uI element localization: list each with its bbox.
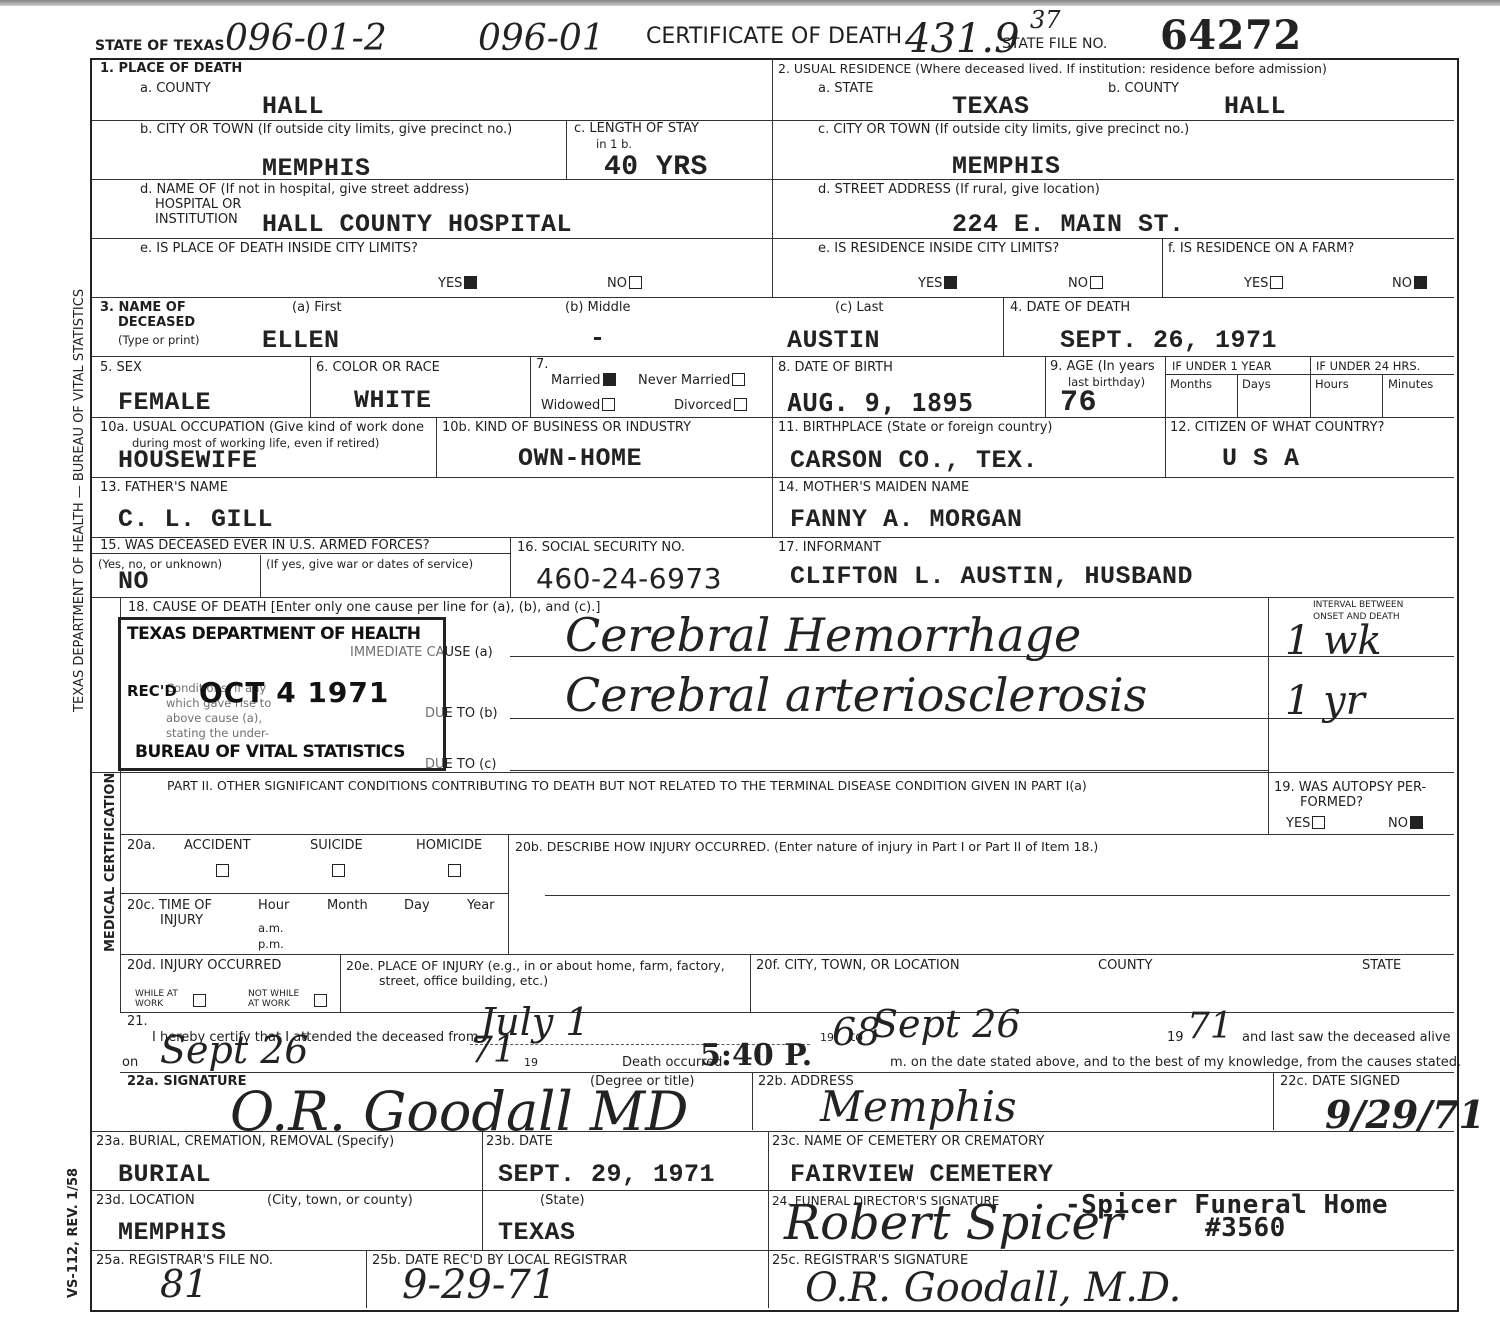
burial-type-value: BURIAL: [118, 1160, 211, 1189]
side-label-medical: MEDICAL CERTIFICATION: [103, 773, 118, 952]
suicide-label: SUICIDE: [310, 839, 363, 853]
divider: [366, 1250, 367, 1308]
at-work-checkbox[interactable]: [193, 994, 206, 1007]
pm-label: p.m.: [258, 937, 284, 951]
last-seen-date: Sept 26: [160, 1028, 309, 1072]
last-name-value: AUSTIN: [787, 326, 880, 355]
divider: [1268, 597, 1269, 772]
checkbox-unchecked: [734, 398, 747, 411]
death-inside-limits-no[interactable]: NO: [607, 277, 642, 291]
accident-checkbox[interactable]: [216, 864, 229, 877]
injury-occurred-label: 20d. INJURY OCCURRED: [127, 959, 281, 973]
divider: [92, 1250, 1454, 1251]
father-value: C. L. GILL: [118, 505, 273, 534]
immediate-cause-value: Cerebral Hemorrhage: [565, 608, 1081, 662]
months-label: Months: [1170, 377, 1212, 391]
divider: [120, 1012, 1454, 1013]
birthplace-label: 11. BIRTHPLACE (State or foreign country…: [778, 421, 1053, 435]
last-name-label: (c) Last: [835, 301, 884, 315]
time-of-injury-label-2: INJURY: [160, 914, 203, 928]
side-label-form-number: VS-112, REV. 1/58: [66, 1168, 81, 1298]
divider: [1162, 238, 1163, 297]
residence-label: 2. USUAL RESIDENCE (Where deceased lived…: [778, 62, 1327, 76]
never-married-option[interactable]: Never Married: [638, 374, 745, 388]
deceased-name-label: 3. NAME OF: [100, 301, 186, 315]
residence-state-label: a. STATE: [818, 82, 873, 96]
physician-address: Memphis: [820, 1082, 1017, 1131]
citizen-value: U S A: [1222, 444, 1300, 473]
cause-label: 18. CAUSE OF DEATH [Enter only one cause…: [128, 601, 600, 615]
accident-label: ACCIDENT: [184, 839, 251, 853]
sex-label: 5. SEX: [100, 361, 142, 375]
not-at-work-label-2: AT WORK: [248, 999, 290, 1009]
death-city-value: MEMPHIS: [262, 154, 371, 183]
certification-num: 21.: [127, 1015, 148, 1029]
burial-location-value: MEMPHIS: [118, 1218, 227, 1247]
divider: [120, 834, 1454, 835]
divider: [120, 954, 1454, 955]
widowed-option[interactable]: Widowed: [541, 399, 615, 413]
describe-injury-label: 20b. DESCRIBE HOW INJURY OCCURRED. (Ente…: [515, 840, 1098, 854]
checkbox-unchecked: [1270, 276, 1283, 289]
homicide-label: HOMICIDE: [416, 839, 482, 853]
dob-label: 8. DATE OF BIRTH: [778, 361, 893, 375]
burial-date-label: 23b. DATE: [486, 1135, 553, 1149]
informant-label: 17. INFORMANT: [778, 541, 881, 555]
farm-yes[interactable]: YES: [1244, 277, 1283, 291]
divider: [92, 417, 1454, 418]
place-of-injury-label-2: street, office building, etc.): [379, 974, 548, 988]
residence-inside-limits-label: e. IS RESIDENCE INSIDE CITY LIMITS?: [818, 242, 1059, 256]
state-file-label: STATE FILE NO.: [1002, 37, 1107, 51]
hospital-label: d. NAME OF (If not in hospital, give str…: [140, 183, 469, 197]
to-year-prefix: 19: [1167, 1031, 1184, 1045]
divider: [92, 772, 1454, 773]
divider: [772, 356, 773, 537]
divider: [510, 770, 1268, 771]
business-label: 10b. KIND OF BUSINESS OR INDUSTRY: [442, 421, 691, 435]
checkbox-checked: [1414, 276, 1427, 289]
divider: [1382, 374, 1383, 417]
under-year-label: IF UNDER 1 YEAR: [1172, 359, 1272, 373]
under-24-label: IF UNDER 24 HRS.: [1316, 359, 1420, 373]
business-value: OWN-HOME: [518, 444, 642, 473]
stamp-recd: REC'D: [127, 682, 177, 700]
autopsy-yes[interactable]: YES: [1286, 817, 1325, 831]
age-value: 76: [1060, 386, 1097, 420]
divider: [120, 893, 508, 894]
minutes-label: Minutes: [1388, 377, 1433, 391]
marital-label: 7.: [536, 358, 548, 372]
checkbox-checked: [1410, 816, 1423, 829]
mother-value: FANNY A. MORGAN: [790, 505, 1023, 534]
autopsy-no[interactable]: NO: [1388, 817, 1423, 831]
on-year-prefix: 19: [524, 1056, 538, 1070]
divider: [772, 58, 773, 298]
death-county-label: a. COUNTY: [140, 82, 211, 96]
not-at-work-checkbox[interactable]: [314, 994, 327, 1007]
first-name-value: ELLEN: [262, 326, 340, 355]
armed-forces-value: NO: [118, 567, 149, 596]
hand-code-2: 096-01: [478, 18, 605, 59]
stamp-date: OCT 4 1971: [199, 676, 389, 709]
hand-code-4: 37: [1030, 6, 1061, 34]
armed-sub-label-2: (If yes, give war or dates of service): [266, 557, 473, 571]
death-inside-limits-label: e. IS PLACE OF DEATH INSIDE CITY LIMITS?: [140, 242, 418, 256]
divider: [530, 356, 531, 417]
date-of-death-label: 4. DATE OF DEATH: [1010, 301, 1130, 315]
at-work-label: WHILE AT: [135, 989, 178, 999]
occupation-label: 10a. USUAL OCCUPATION (Give kind of work…: [100, 421, 424, 435]
armed-sub-label-1: (Yes, no, or unknown): [98, 557, 222, 571]
informant-value: CLIFTON L. AUSTIN, HUSBAND: [790, 562, 1193, 591]
ssn-value: 460-24-6973: [536, 562, 722, 595]
homicide-checkbox[interactable]: [448, 864, 461, 877]
divider: [92, 1131, 1454, 1132]
occupation-value: HOUSEWIFE: [118, 446, 258, 475]
dob-value: AUG. 9, 1895: [787, 388, 974, 417]
armed-forces-label: 15. WAS DECEASED EVER IN U.S. ARMED FORC…: [100, 539, 430, 553]
burial-type-label: 23a. BURIAL, CREMATION, REMOVAL (Specify…: [96, 1135, 394, 1149]
at-work-label-2: WORK: [135, 999, 163, 1009]
hospital-label-3: INSTITUTION: [155, 213, 238, 227]
received-stamp: TEXAS DEPARTMENT OF HEALTH REC'D OCT 4 1…: [118, 617, 446, 771]
burial-state-label: (State): [540, 1194, 585, 1208]
residence-city-value: MEMPHIS: [952, 152, 1061, 181]
divider: [566, 120, 567, 179]
interval-b-value: 1 yr: [1285, 678, 1365, 724]
divider: [510, 537, 511, 597]
injury-county-label: COUNTY: [1098, 959, 1152, 973]
divider: [436, 417, 437, 477]
stamp-line-3: BUREAU OF VITAL STATISTICS: [135, 742, 405, 762]
race-label: 6. COLOR OR RACE: [316, 361, 440, 375]
burial-date-value: SEPT. 29, 1971: [498, 1160, 715, 1189]
interval-label-1: INTERVAL BETWEEN: [1313, 600, 1403, 610]
scan-edge: [0, 0, 1500, 6]
mother-label: 14. MOTHER'S MAIDEN NAME: [778, 481, 969, 495]
divider: [310, 356, 311, 417]
divider: [92, 477, 1454, 478]
checkbox-unchecked: [1312, 816, 1325, 829]
divider: [508, 834, 509, 954]
ssn-label: 16. SOCIAL SECURITY NO.: [517, 541, 685, 555]
divider: [120, 772, 121, 1012]
place-of-death-label: 1. PLACE OF DEATH: [100, 62, 242, 76]
divider: [1273, 1072, 1274, 1130]
injury-city-label: 20f. CITY, TOWN, OR LOCATION: [756, 959, 960, 973]
checkbox-unchecked: [732, 373, 745, 386]
checkbox-checked: [944, 276, 957, 289]
stay-sub-label: in 1 b.: [596, 137, 632, 151]
first-name-label: (a) First: [292, 301, 342, 315]
injury-state-label: STATE: [1362, 959, 1401, 973]
residence-city-label: c. CITY OR TOWN (If outside city limits,…: [818, 123, 1189, 137]
divider: [1268, 772, 1269, 834]
month-label: Month: [327, 899, 368, 913]
age-label: 9. AGE (In years: [1050, 360, 1155, 374]
last-seen-year: 71: [470, 1030, 516, 1071]
autopsy-label-2: FORMED?: [1300, 796, 1363, 810]
race-value: WHITE: [354, 386, 432, 415]
death-city-label: b. CITY OR TOWN (If outside city limits,…: [140, 123, 512, 137]
hours-label: Hours: [1315, 377, 1349, 391]
place-of-injury-label: 20e. PLACE OF INJURY (e.g., in or about …: [346, 959, 725, 973]
on-label: on: [122, 1056, 138, 1070]
farm-no[interactable]: NO: [1392, 277, 1427, 291]
middle-name-value: -: [590, 324, 606, 353]
checkbox-unchecked: [629, 276, 642, 289]
citizen-label: 12. CITIZEN OF WHAT COUNTRY?: [1170, 421, 1384, 435]
signature-label: 22a. SIGNATURE: [127, 1075, 246, 1089]
checkbox-checked: [603, 373, 616, 386]
burial-location-sub: (City, town, or county): [267, 1194, 413, 1208]
stamp-line-1: TEXAS DEPARTMENT OF HEALTH: [127, 624, 420, 644]
state-file-number: 64272: [1160, 12, 1302, 59]
street-label: d. STREET ADDRESS (If rural, give locati…: [818, 183, 1100, 197]
checkbox-unchecked: [1090, 276, 1103, 289]
farm-label: f. IS RESIDENCE ON A FARM?: [1168, 242, 1354, 256]
divider: [92, 553, 510, 554]
registrar-file-value: 81: [160, 1262, 208, 1306]
day-label: Day: [404, 899, 430, 913]
burial-location-label: 23d. LOCATION: [96, 1194, 195, 1208]
residence-inside-limits-no[interactable]: NO: [1068, 277, 1103, 291]
registrar-signature: O.R. Goodall, M.D.: [805, 1265, 1181, 1311]
burial-state-value: TEXAS: [498, 1218, 576, 1247]
checkbox-unchecked: [602, 398, 615, 411]
certify-text-2: and last saw the deceased alive: [1242, 1031, 1451, 1045]
attended-to-year: 71: [1187, 1006, 1233, 1047]
injury-num: 20a.: [127, 839, 156, 853]
residence-inside-limits-yes[interactable]: YES: [918, 277, 957, 291]
hand-code-1: 096-01-2: [225, 18, 387, 59]
divider: [92, 356, 1454, 357]
not-at-work-label: NOT WHILE: [248, 989, 299, 999]
certify-text-3: m. on the date stated above, and to the …: [890, 1056, 1461, 1070]
hour-label: Hour: [258, 899, 289, 913]
divider: [1237, 374, 1238, 417]
cemetery-value: FAIRVIEW CEMETERY: [790, 1160, 1054, 1189]
divider: [340, 954, 341, 1012]
divider: [752, 1072, 753, 1130]
stay-label: c. LENGTH OF STAY: [574, 122, 699, 136]
middle-name-label: (b) Middle: [565, 301, 630, 315]
divider: [545, 895, 1450, 896]
certificate-title: CERTIFICATE OF DEATH: [646, 25, 902, 49]
death-time-value: 5:40 P.: [700, 1038, 812, 1073]
due-to-b-value: Cerebral arteriosclerosis: [565, 668, 1147, 722]
divider: [750, 954, 751, 1012]
state-label: STATE OF TEXAS: [95, 39, 224, 53]
hospital-value: HALL COUNTY HOSPITAL: [262, 210, 572, 239]
date-signed-label: 22c. DATE SIGNED: [1280, 1075, 1400, 1089]
residence-county-label: b. COUNTY: [1108, 82, 1179, 96]
funeral-home-number: #3560: [1205, 1213, 1286, 1243]
divider: [120, 1072, 1454, 1073]
divider: [1310, 356, 1311, 417]
time-of-injury-label: 20c. TIME OF: [127, 899, 212, 913]
divider: [1045, 356, 1046, 417]
registrar-date-value: 9-29-71: [402, 1262, 556, 1308]
divider: [1165, 374, 1454, 375]
year-label: Year: [467, 899, 495, 913]
residence-state-value: TEXAS: [952, 92, 1030, 121]
residence-county-value: HALL: [1224, 92, 1286, 121]
death-county-value: HALL: [262, 92, 324, 121]
father-label: 13. FATHER'S NAME: [100, 481, 228, 495]
days-label: Days: [1242, 377, 1271, 391]
cemetery-label: 23c. NAME OF CEMETERY OR CREMATORY: [772, 1135, 1044, 1149]
side-label-department: TEXAS DEPARTMENT OF HEALTH — BUREAU OF V…: [72, 289, 87, 712]
birthplace-value: CARSON CO., TEX.: [790, 446, 1038, 475]
stay-value: 40 YRS: [604, 152, 708, 183]
part2-label: PART II. OTHER SIGNIFICANT CONDITIONS CO…: [167, 779, 1087, 793]
date-of-death-value: SEPT. 26, 1971: [1060, 326, 1277, 355]
street-value: 224 E. MAIN ST.: [952, 210, 1185, 239]
interval-a-value: 1 wk: [1285, 618, 1382, 664]
divider: [1003, 297, 1004, 356]
sex-value: FEMALE: [118, 388, 211, 417]
divider: [92, 597, 1454, 598]
suicide-checkbox[interactable]: [332, 864, 345, 877]
death-inside-limits-yes[interactable]: YES: [438, 277, 477, 291]
hospital-label-2: HOSPITAL OR: [155, 198, 241, 212]
attended-to-date: Sept 26: [872, 1002, 1021, 1046]
checkbox-checked: [464, 276, 477, 289]
autopsy-label: 19. WAS AUTOPSY PER-: [1274, 781, 1426, 795]
deceased-name-label-3: (Type or print): [118, 333, 199, 347]
divider: [260, 555, 261, 597]
divorced-option[interactable]: Divorced: [674, 399, 747, 413]
divider: [92, 297, 1454, 298]
divider: [768, 1131, 769, 1308]
married-option[interactable]: Married: [551, 374, 616, 388]
to-label: to: [850, 1031, 863, 1045]
am-label: a.m.: [258, 921, 284, 935]
deceased-name-label-2: DECEASED: [118, 316, 195, 330]
